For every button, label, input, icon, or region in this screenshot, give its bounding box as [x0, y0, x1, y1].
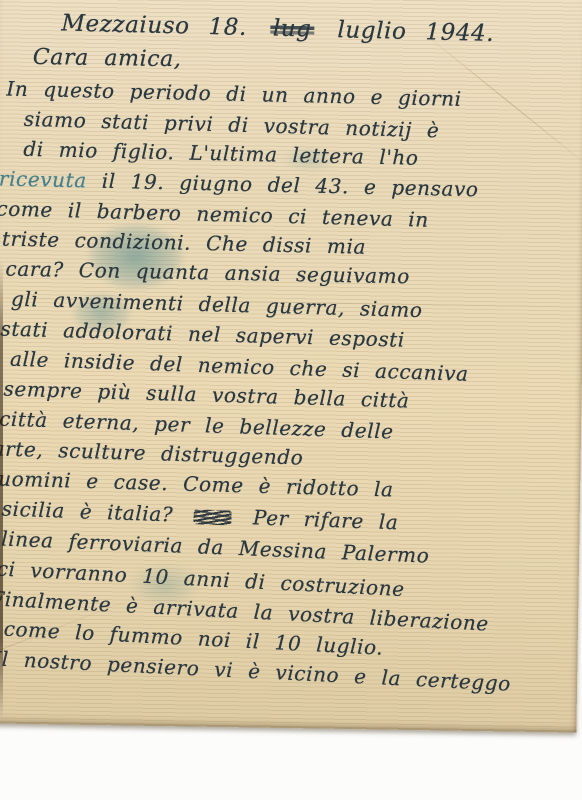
ink-scribble	[194, 509, 233, 525]
month-year: luglio 1944.	[337, 17, 494, 47]
struck-word: lug	[270, 15, 315, 42]
handwriting-segment: sicilia è italia?	[1, 497, 188, 527]
scanned-letter: Mezzaiuso 18. lug luglio 1944. Cara amic…	[0, 0, 582, 800]
paper-edge-shadow	[0, 260, 3, 720]
letter-paper: Mezzaiuso 18. lug luglio 1944. Cara amic…	[0, 0, 582, 733]
letter-content: Mezzaiuso 18. lug luglio 1944. Cara amic…	[0, 0, 582, 682]
handwriting-segment: ricevuta	[0, 166, 87, 192]
handwriting-segment: Per rifare la	[238, 505, 399, 535]
place-and-day: Mezzaiuso 18.	[61, 10, 247, 41]
handwriting-segment: cara? Con quanta ansia seguivamo	[5, 257, 410, 289]
